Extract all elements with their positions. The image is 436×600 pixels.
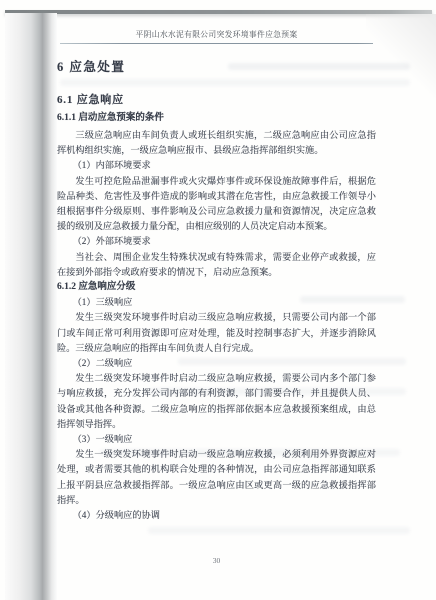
paragraph: 发生可控危险品泄漏事件或火灾爆炸事件或环保设施故障事件后，根据危险品种类、危害性… bbox=[57, 174, 376, 235]
paragraph: 发生一级突发环境事件时启动一级应急响应救援，必须利用外界资源应对处理，或者需要其… bbox=[57, 447, 376, 508]
running-header-title: 平阴山水水泥有限公司突发环境事件应急预案 bbox=[57, 29, 376, 40]
header-rule bbox=[60, 43, 373, 44]
clause-heading: （1）内部环境要求 bbox=[57, 158, 376, 173]
chapter-heading: 6 应急处置 bbox=[57, 60, 376, 75]
clause-heading: （2）二级响应 bbox=[57, 356, 376, 371]
section-heading: 6.1 应急响应 bbox=[57, 94, 376, 107]
paragraph: 发生二级突发环境事件时启动二级应急响应救援，需要公司内多个部门参与响应救援，充分… bbox=[57, 371, 376, 432]
book-gutter-shadow bbox=[5, 13, 57, 600]
corner-shade bbox=[366, 14, 436, 104]
document-body: 6 应急处置 6.1 应急响应 6.1.1 启动应急预案的条件 三级应急响应由车… bbox=[57, 60, 376, 523]
paragraph: 当社会、周围企业发生特殊状况或有特殊需求，需要企业停产或救援，应在接到外部指令或… bbox=[57, 250, 376, 280]
paragraph: 发生三级突发环境事件时启动三级应急响应救援，只需要公司内部一个部门或车间正常可利… bbox=[57, 310, 376, 356]
subsection-heading: 6.1.1 启动应急预案的条件 bbox=[57, 112, 376, 125]
subsection-heading: 6.1.2 应急响应分级 bbox=[57, 280, 376, 295]
bleed-through-artifact bbox=[148, 527, 410, 534]
clause-heading: （2）外部环境要求 bbox=[57, 234, 376, 249]
scanned-page: 平阴山水水泥有限公司突发环境事件应急预案 6 应急处置 6.1 应急响应 6.1… bbox=[0, 0, 436, 600]
page-number: 30 bbox=[57, 556, 376, 565]
paragraph: 三级应急响应由车间负责人或班长组织实施，二级应急响应由公司应急指挥机构组织实施，… bbox=[57, 128, 376, 158]
clause-heading: （4）分级响应的协调 bbox=[57, 508, 376, 523]
clause-heading: （1）三级响应 bbox=[57, 295, 376, 310]
clause-heading: （3）一级响应 bbox=[57, 432, 376, 447]
